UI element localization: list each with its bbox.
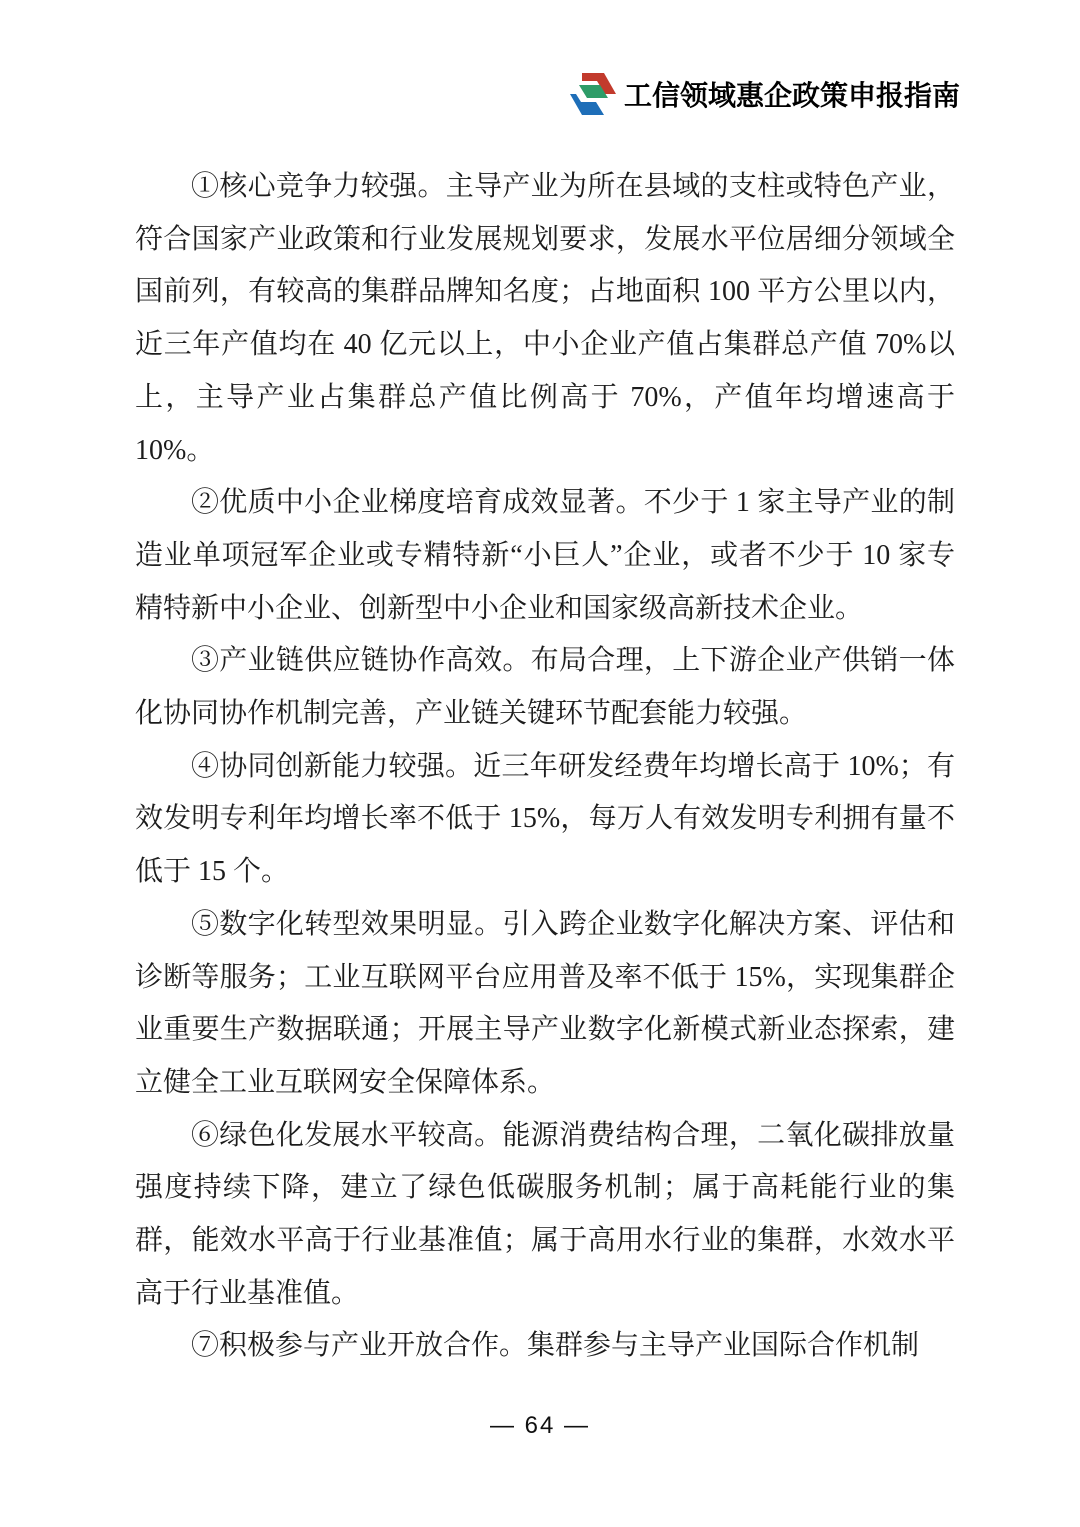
document-body: ①核心竞争力较强。主导产业为所在县域的支柱或特色产业，符合国家产业政策和行业发展… xyxy=(135,161,955,1373)
paragraph-green-development: ⑥绿色化发展水平较高。能源消费结构合理，二氧化碳排放量强度持续下降，建立了绿色低… xyxy=(135,1110,955,1321)
miit-logo-icon xyxy=(569,68,617,120)
page-number: — 64 — xyxy=(490,1412,590,1439)
page-footer: — 64 — xyxy=(0,1412,1080,1440)
page-header: 工信领域惠企政策申报指南 xyxy=(569,68,960,120)
paragraph-supply-chain: ③产业链供应链协作高效。布局合理，上下游企业产供销一体化协同协作机制完善，产业链… xyxy=(135,635,955,740)
paragraph-sme-cultivation: ②优质中小企业梯度培育成效显著。不少于 1 家主导产业的制造业单项冠军企业或专精… xyxy=(135,477,955,635)
paragraph-digital-transformation: ⑤数字化转型效果明显。引入跨企业数字化解决方案、评估和诊断等服务；工业互联网平台… xyxy=(135,899,955,1110)
paragraph-core-competitiveness: ①核心竞争力较强。主导产业为所在县域的支柱或特色产业，符合国家产业政策和行业发展… xyxy=(135,161,955,477)
header-title: 工信领域惠企政策申报指南 xyxy=(624,74,960,114)
paragraph-open-cooperation: ⑦积极参与产业开放合作。集群参与主导产业国际合作机制 xyxy=(135,1320,955,1373)
paragraph-innovation: ④协同创新能力较强。近三年研发经费年均增长高于 10%；有效发明专利年均增长率不… xyxy=(135,741,955,899)
document-page: 工信领域惠企政策申报指南 ①核心竞争力较强。主导产业为所在县域的支柱或特色产业，… xyxy=(0,0,1080,1527)
